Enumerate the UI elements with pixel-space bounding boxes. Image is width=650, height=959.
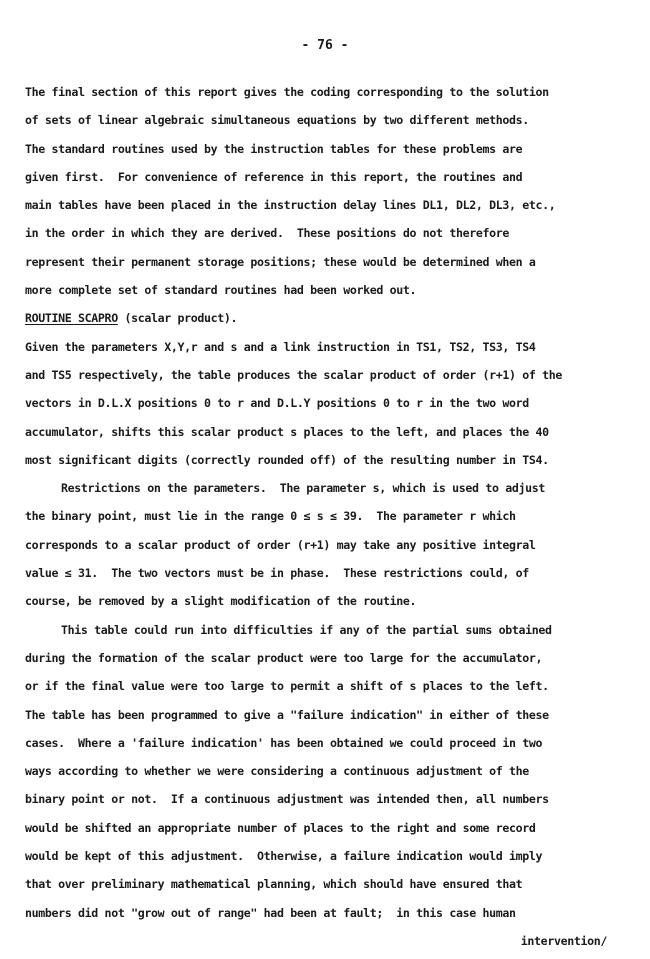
heading-title: ROUTINE SCAPRO: [25, 311, 118, 325]
section-heading: ROUTINE SCAPRO (scalar product).: [25, 304, 625, 332]
text-line: represent their permanent storage positi…: [25, 248, 625, 276]
text-line: cases. Where a 'failure indication' has …: [25, 729, 625, 757]
text-line: numbers did not "grow out of range" had …: [25, 899, 625, 927]
text-line: course, be removed by a slight modificat…: [25, 587, 625, 615]
catchword: intervention/: [25, 927, 625, 955]
text-line: Restrictions on the parameters. The para…: [25, 474, 625, 502]
text-line: The standard routines used by the instru…: [25, 135, 625, 163]
text-line: in the order in which they are derived. …: [25, 219, 625, 247]
text-line: of sets of linear algebraic simultaneous…: [25, 106, 625, 134]
text-line: This table could run into difficulties i…: [25, 616, 625, 644]
text-line: binary point or not. If a continuous adj…: [25, 785, 625, 813]
text-line: most significant digits (correctly round…: [25, 446, 625, 474]
text-line: the binary point, must lie in the range …: [25, 502, 625, 530]
text-line: during the formation of the scalar produ…: [25, 644, 625, 672]
body-text: The final section of this report gives t…: [25, 78, 625, 955]
text-line: The final section of this report gives t…: [25, 78, 625, 106]
text-line: main tables have been placed in the inst…: [25, 191, 625, 219]
text-line: given first. For convenience of referenc…: [25, 163, 625, 191]
text-line: value ≤ 31. The two vectors must be in p…: [25, 559, 625, 587]
heading-subtitle: (scalar product).: [118, 311, 237, 325]
text-line: or if the final value were too large to …: [25, 672, 625, 700]
text-line: corresponds to a scalar product of order…: [25, 531, 625, 559]
text-line: The table has been programmed to give a …: [25, 701, 625, 729]
text-line: that over preliminary mathematical plann…: [25, 870, 625, 898]
document-page: - 76 - The final section of this report …: [0, 0, 650, 959]
text-line: would be shifted an appropriate number o…: [25, 814, 625, 842]
text-line: accumulator, shifts this scalar product …: [25, 418, 625, 446]
text-line: ways according to whether we were consid…: [25, 757, 625, 785]
page-number: - 76 -: [0, 38, 650, 53]
text-line: more complete set of standard routines h…: [25, 276, 625, 304]
text-line: would be kept of this adjustment. Otherw…: [25, 842, 625, 870]
text-line: and TS5 respectively, the table produces…: [25, 361, 625, 389]
text-line: vectors in D.L.X positions 0 to r and D.…: [25, 389, 625, 417]
text-line: Given the parameters X,Y,r and s and a l…: [25, 333, 625, 361]
